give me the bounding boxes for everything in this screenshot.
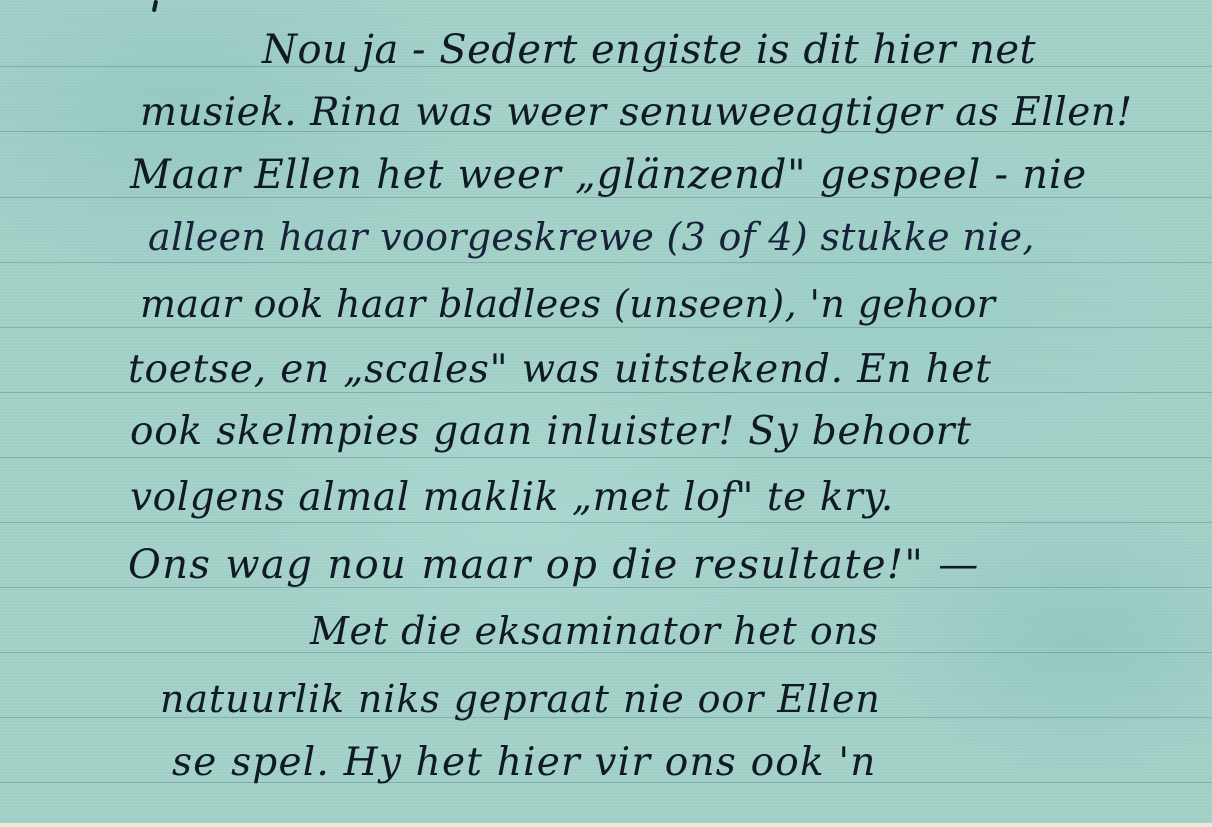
ruled-line [0, 457, 1212, 458]
letter-line-1: Nou ja - Sedert engiste is dit hier net [262, 30, 1036, 70]
letter-line-7: ook skelmpies gaan inluister! Sy behoort [130, 412, 972, 451]
letter-line-8: volgens almal maklik „met lof" te kry. [130, 478, 894, 517]
ink-mark [152, 0, 158, 12]
letter-paper: Nou ja - Sedert engiste is dit hier net … [0, 0, 1212, 823]
letter-line-12: se spel. Hy het hier vir ons ook 'n [172, 743, 877, 782]
letter-line-3: Maar Ellen het weer „glänzend" gespeel -… [130, 155, 1087, 195]
letter-line-2: musiek. Rina was weer senuweeagtiger as … [140, 93, 1133, 132]
ruled-line [0, 327, 1212, 328]
ruled-line [0, 392, 1212, 393]
ruled-line [0, 262, 1212, 263]
ruled-line [0, 522, 1212, 523]
paper-bottom-edge [0, 823, 1212, 827]
letter-line-11: natuurlik niks gepraat nie oor Ellen [160, 680, 881, 718]
letter-line-5: maar ook haar bladlees (unseen), 'n geho… [140, 285, 995, 323]
letter-line-9: Ons wag nou maar op die resultate!" — [128, 545, 980, 585]
letter-line-4: alleen haar voorgeskrewe (3 of 4) stukke… [148, 218, 1035, 256]
letter-line-6: toetse, en „scales" was uitstekend. En h… [128, 350, 992, 389]
letter-line-10: Met die eksaminator het ons [310, 612, 879, 650]
